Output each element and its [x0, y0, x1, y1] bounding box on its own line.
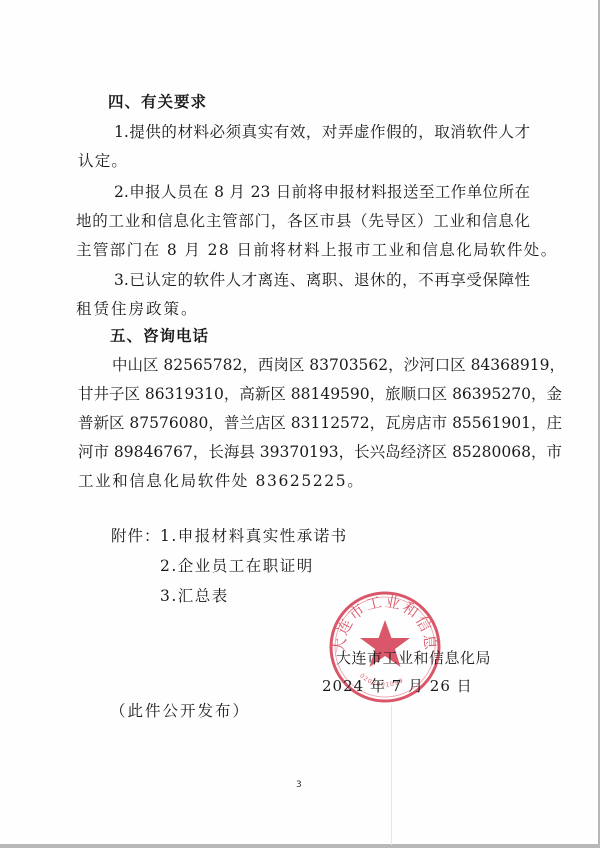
- issue-date: 2024 年 7 月 26 日: [322, 676, 473, 696]
- requirement-3-line-1: 3.已认定的软件人才离连、离职、退休的，不再享受保障性: [114, 270, 530, 290]
- contact-line-4: 河市 89846767，长海县 39370193，长兴岛经济区 85280068…: [78, 442, 530, 462]
- requirement-2-line-1: 2.申报人员在 8 月 23 日前将申报材料报送至工作单位所在: [114, 182, 530, 202]
- page-number: 3: [296, 780, 302, 790]
- requirement-3-line-2: 租赁住房政策。: [76, 299, 199, 319]
- issuing-organization: 大连市工业和信息化局: [336, 648, 491, 668]
- section-4-heading: 四、有关要求: [108, 92, 207, 112]
- requirement-1-line-1: 1.提供的材料必须真实有效，对弄虚作假的，取消软件人才: [114, 122, 530, 142]
- attachments-label: 附件：: [111, 526, 161, 546]
- attachment-item-1: 1.申报材料真实性承诺书: [160, 526, 348, 546]
- requirement-2-line-2: 地的工业和信息化主管部门，各区市县（先导区）工业和信息化: [76, 211, 530, 231]
- contact-line-3: 普新区 87576080，普兰店区 83112572，瓦房店市 85561901…: [78, 413, 530, 433]
- requirement-1-line-2: 认定。: [78, 151, 128, 171]
- attachment-item-3: 3.汇总表: [160, 586, 229, 606]
- scan-artifact-line: [391, 705, 392, 845]
- contact-line-5: 工业和信息化局软件处 83625225。: [78, 471, 364, 491]
- section-5-heading: 五、咨询电话: [110, 326, 209, 346]
- contact-line-1: 中山区 82565782，西岗区 83703562，沙河口区 84368919，: [112, 355, 530, 375]
- document-page: 四、有关要求 1.提供的材料必须真实有效，对弄虚作假的，取消软件人才 认定。 2…: [0, 0, 600, 848]
- contact-line-2: 甘井子区 86319310，高新区 88149590，旅顺口区 86395270…: [78, 384, 530, 404]
- attachment-item-2: 2.企业员工在职证明: [160, 556, 314, 576]
- publication-note: （此件公开发布）: [110, 701, 250, 721]
- requirement-2-line-3: 主管部门在 8 月 28 日前将材料上报市工业和信息化局软件处。: [76, 240, 558, 260]
